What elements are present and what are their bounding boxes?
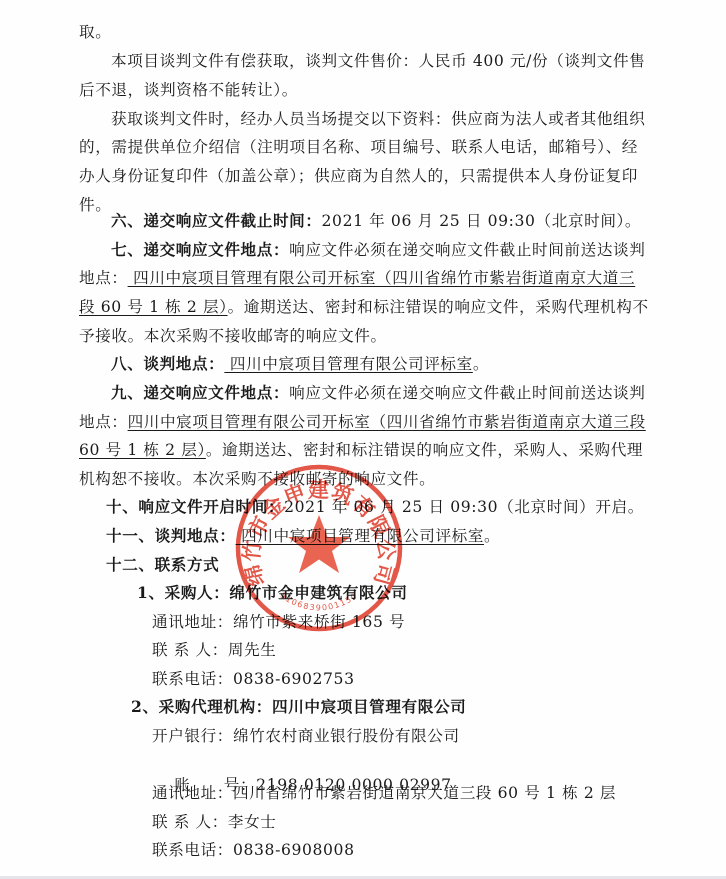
section-opening-time: 十、响应文件开启时间：2021 年 06 月 25 日 09:30（北京时间）开… [106, 497, 644, 517]
text-line: 后不退，谈判资格不能转让）。 [79, 80, 298, 100]
opening-value: 2021 年 06 月 25 日 09:30（北京时间）开启。 [284, 498, 644, 516]
place-underlined: 段 60 号 1 栋 2 层） [79, 298, 228, 316]
value: 绵竹农村商业银行股份有限公司 [233, 727, 460, 745]
text-line: 机构恕不接收。本次采购不接收邮寄的响应文件。 [79, 469, 435, 489]
text-line: 取。 [79, 22, 111, 42]
text-line: 件。 [79, 195, 111, 215]
section-negotiation-place-2: 十一、谈判地点： 四川中宸项目管理有限公司评标室。 [106, 526, 500, 546]
value: 周先生 [228, 641, 277, 659]
section-submission-place: 七、递交响应文件地点：响应文件必须在递交响应文件截止时间前送达谈判 [111, 240, 645, 260]
section-deadline: 六、递交响应文件截止时间：2021 年 06 月 25 日 09:30（北京时间… [111, 211, 641, 231]
section-negotiation-place: 八、谈判地点： 四川中宸项目管理有限公司评标室。 [111, 354, 489, 374]
text-line: 予接收。本次采购不接收邮寄的响应文件。 [79, 326, 387, 346]
section-submission-place-2: 九、递交响应文件地点：响应文件必须在递交响应文件截止时间前送达谈判 [111, 383, 645, 403]
label: 通讯地址： [152, 613, 233, 631]
value: 绵竹市紫来桥街 165 号 [233, 613, 405, 631]
text-line: 地点： 四川中宸项目管理有限公司开标室（四川省绵竹市紫岩街道南京大道三 [79, 268, 635, 288]
text-line: 的，需提供单位介绍信（注明项目名称、项目编号、联系人电话，邮箱号）、经 [79, 137, 638, 157]
text-line: 60 号 1 栋 2 层）。逾期送达、密封和标注错误的响应文件，采购人、采购代理 [79, 440, 643, 460]
place-underlined: 60 号 1 栋 2 层） [79, 441, 206, 459]
label: 开户银行： [152, 727, 233, 745]
section-heading: 六、递交响应文件截止时间： [111, 211, 322, 230]
label: 联系电话： [152, 670, 233, 688]
text-line: 段 60 号 1 栋 2 层）。逾期送达、密封和标注错误的响应文件，采购代理机构… [79, 297, 649, 317]
text-line: 办人身份证复印件（加盖公章）；供应商为自然人的，只需提供本人身份证复印 [79, 166, 638, 186]
purchaser-contact: 联 系 人：周先生 [152, 640, 276, 660]
label: 联 系 人： [152, 813, 228, 831]
purchaser-title: 1、采购人：绵竹市金申建筑有限公司 [137, 583, 408, 603]
section-text: 响应文件必须在递交响应文件截止时间前送达谈判 [289, 384, 645, 402]
place-underlined: 四川中宸项目管理有限公司开标室（四川省绵竹市紫岩街道南京大道三段 [128, 413, 646, 431]
text-line: 获取谈判文件时，经办人员当场提交以下资料：供应商为法人或者其他组织 [111, 109, 645, 129]
section-text: 响应文件必须在递交响应文件截止时间前送达谈判 [289, 241, 645, 259]
section-heading: 七、递交响应文件地点： [111, 240, 289, 259]
purchaser-phone: 联系电话：0838-6902753 [152, 669, 355, 689]
document-page: 取。 本项目谈判文件有偿获取，谈判文件售价：人民币 400 元/份（谈判文件售 … [0, 0, 726, 876]
place-underlined: 四川中宸项目管理有限公司评标室 [236, 527, 484, 545]
section-text: 。逾期送达、密封和标注错误的响应文件，采购代理机构不 [228, 298, 649, 316]
section-text: 。逾期送达、密封和标注错误的响应文件，采购人、采购代理 [206, 441, 643, 459]
label: 联 系 人： [152, 641, 228, 659]
section-heading: 八、谈判地点： [111, 354, 224, 373]
section-heading: 十、响应文件开启时间： [106, 497, 284, 516]
value: 0838-6902753 [233, 670, 355, 688]
text-line: 地点：四川中宸项目管理有限公司开标室（四川省绵竹市紫岩街道南京大道三段 [79, 412, 646, 432]
place-underlined: 四川中宸项目管理有限公司开标室（四川省绵竹市紫岩街道南京大道三 [128, 269, 636, 287]
label: 通讯地址： [152, 784, 233, 802]
text-line: 本项目谈判文件有偿获取，谈判文件售价：人民币 400 元/份（谈判文件售 [111, 51, 645, 71]
purchaser-address: 通讯地址：绵竹市紫来桥街 165 号 [152, 612, 405, 632]
value: 四川省绵竹市紫岩街道南京大道三段 60 号 1 栋 2 层 [233, 784, 616, 802]
value: 李女士 [228, 813, 277, 831]
label: 地点： [79, 269, 128, 287]
punctuation: 。 [484, 527, 500, 545]
punctuation: 。 [473, 355, 489, 373]
agency-address: 通讯地址：四川省绵竹市紫岩街道南京大道三段 60 号 1 栋 2 层 [152, 783, 616, 803]
agency-bank: 开户银行：绵竹农村商业银行股份有限公司 [152, 726, 460, 746]
agency-contact: 联 系 人：李女士 [152, 812, 276, 832]
deadline-value: 2021 年 06 月 25 日 09:30（北京时间）。 [322, 212, 642, 230]
agency-phone: 联系电话：0838-6908008 [152, 840, 355, 860]
agency-title: 2、采购代理机构：四川中宸项目管理有限公司 [131, 697, 466, 717]
section-heading: 九、递交响应文件地点： [111, 383, 289, 402]
section-heading: 十一、谈判地点： [106, 526, 236, 545]
section-heading-contact: 十二、联系方式 [106, 555, 219, 575]
place-underlined: 四川中宸项目管理有限公司评标室 [224, 355, 472, 373]
label: 联系电话： [152, 841, 233, 859]
value: 0838-6908008 [233, 841, 355, 859]
label: 地点： [79, 413, 128, 431]
